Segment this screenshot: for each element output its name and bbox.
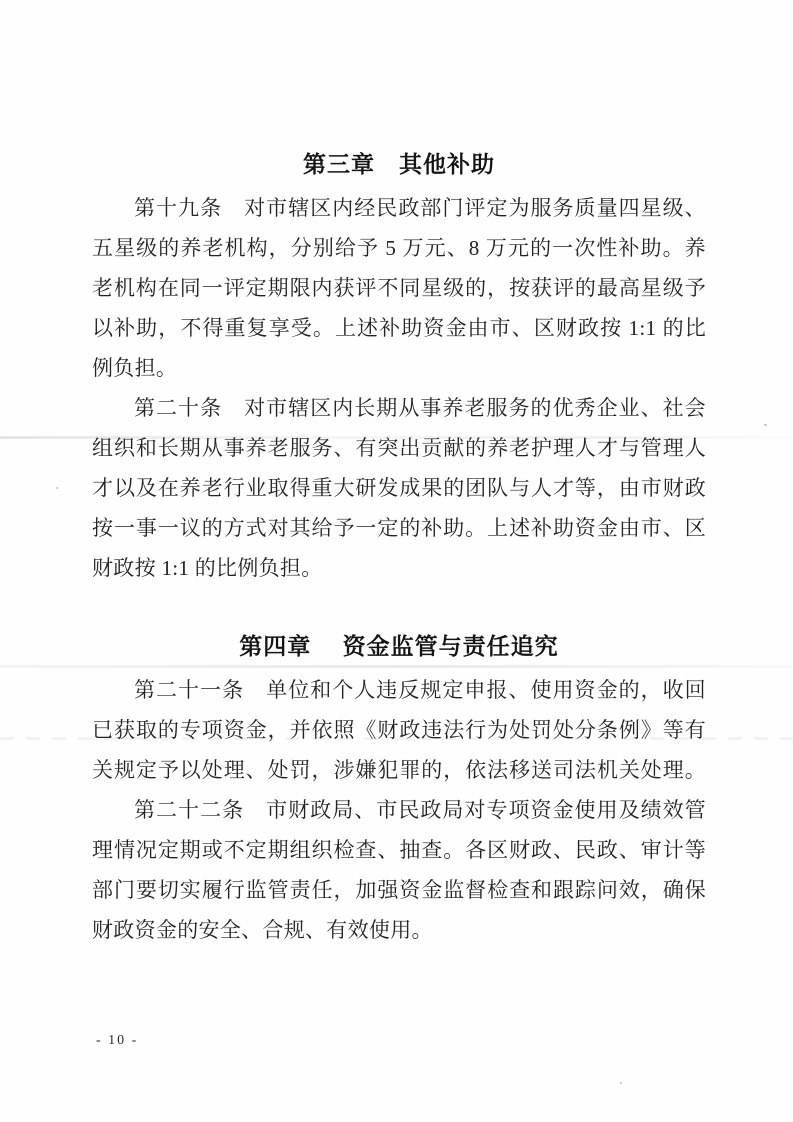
text-line: 五星级的养老机构，分别给予 5 万元、8 万元的一次性补助。养 [92,228,706,268]
page-number: - 10 - [96,1031,138,1051]
text-line: 第二十二条 市财政局、市民政局对专项资金使用及绩效管 [92,790,706,830]
paragraph-article-19: 第十九条 对市辖区内经民政部门评定为服务质量四星级、 五星级的养老机构，分别给予… [92,188,706,388]
paragraph-article-22: 第二十二条 市财政局、市民政局对专项资金使用及绩效管 理情况定期或不定期组织检查… [92,790,706,950]
chapter-4-title: 第四章 资金监管与责任追究 [92,630,706,662]
document-page: 第三章 其他补助 第十九条 对市辖区内经民政部门评定为服务质量四星级、 五星级的… [0,0,793,1122]
text-line: 例负担。 [92,348,706,388]
text-line: 按一事一议的方式对其给予一定的补助。上述补助资金由市、区 [92,508,706,548]
text-line: 理情况定期或不定期组织检查、抽查。各区财政、民政、审计等 [92,830,706,870]
text-line: 老机构在同一评定期限内获评不同星级的，按获评的最高星级予 [92,268,706,308]
text-line: 组织和长期从事养老服务、有突出贡献的养老护理人才与管理人 [92,428,706,468]
text-line: 财政资金的安全、合规、有效使用。 [92,910,706,950]
text-line: 才以及在养老行业取得重大研发成果的团队与人才等，由市财政 [92,468,706,508]
text-line: 第十九条 对市辖区内经民政部门评定为服务质量四星级、 [92,188,706,228]
paragraph-article-21: 第二十一条 单位和个人违反规定申报、使用资金的，收回 已获取的专项资金，并依照《… [92,670,706,790]
text-line: 财政按 1:1 的比例负担。 [92,548,706,588]
text-line: 关规定予以处理、处罚，涉嫌犯罪的，依法移送司法机关处理。 [92,750,706,790]
scan-speck [620,1082,622,1084]
text-line: 以补助，不得重复享受。上述补助资金由市、区财政按 1:1 的比 [92,308,706,348]
paragraph-article-20: 第二十条 对市辖区内长期从事养老服务的优秀企业、社会 组织和长期从事养老服务、有… [92,388,706,588]
text-line: 第二十一条 单位和个人违反规定申报、使用资金的，收回 [92,670,706,710]
text-line: 部门要切实履行监管责任，加强资金监督检查和跟踪问效，确保 [92,870,706,910]
text-line: 已获取的专项资金，并依照《财政违法行为处罚处分条例》等有 [92,710,706,750]
document-content: 第三章 其他补助 第十九条 对市辖区内经民政部门评定为服务质量四星级、 五星级的… [92,148,706,950]
chapter-3-title: 第三章 其他补助 [92,148,706,180]
scan-speck [764,424,767,426]
text-line: 第二十条 对市辖区内长期从事养老服务的优秀企业、社会 [92,388,706,428]
scan-speck [56,487,58,489]
